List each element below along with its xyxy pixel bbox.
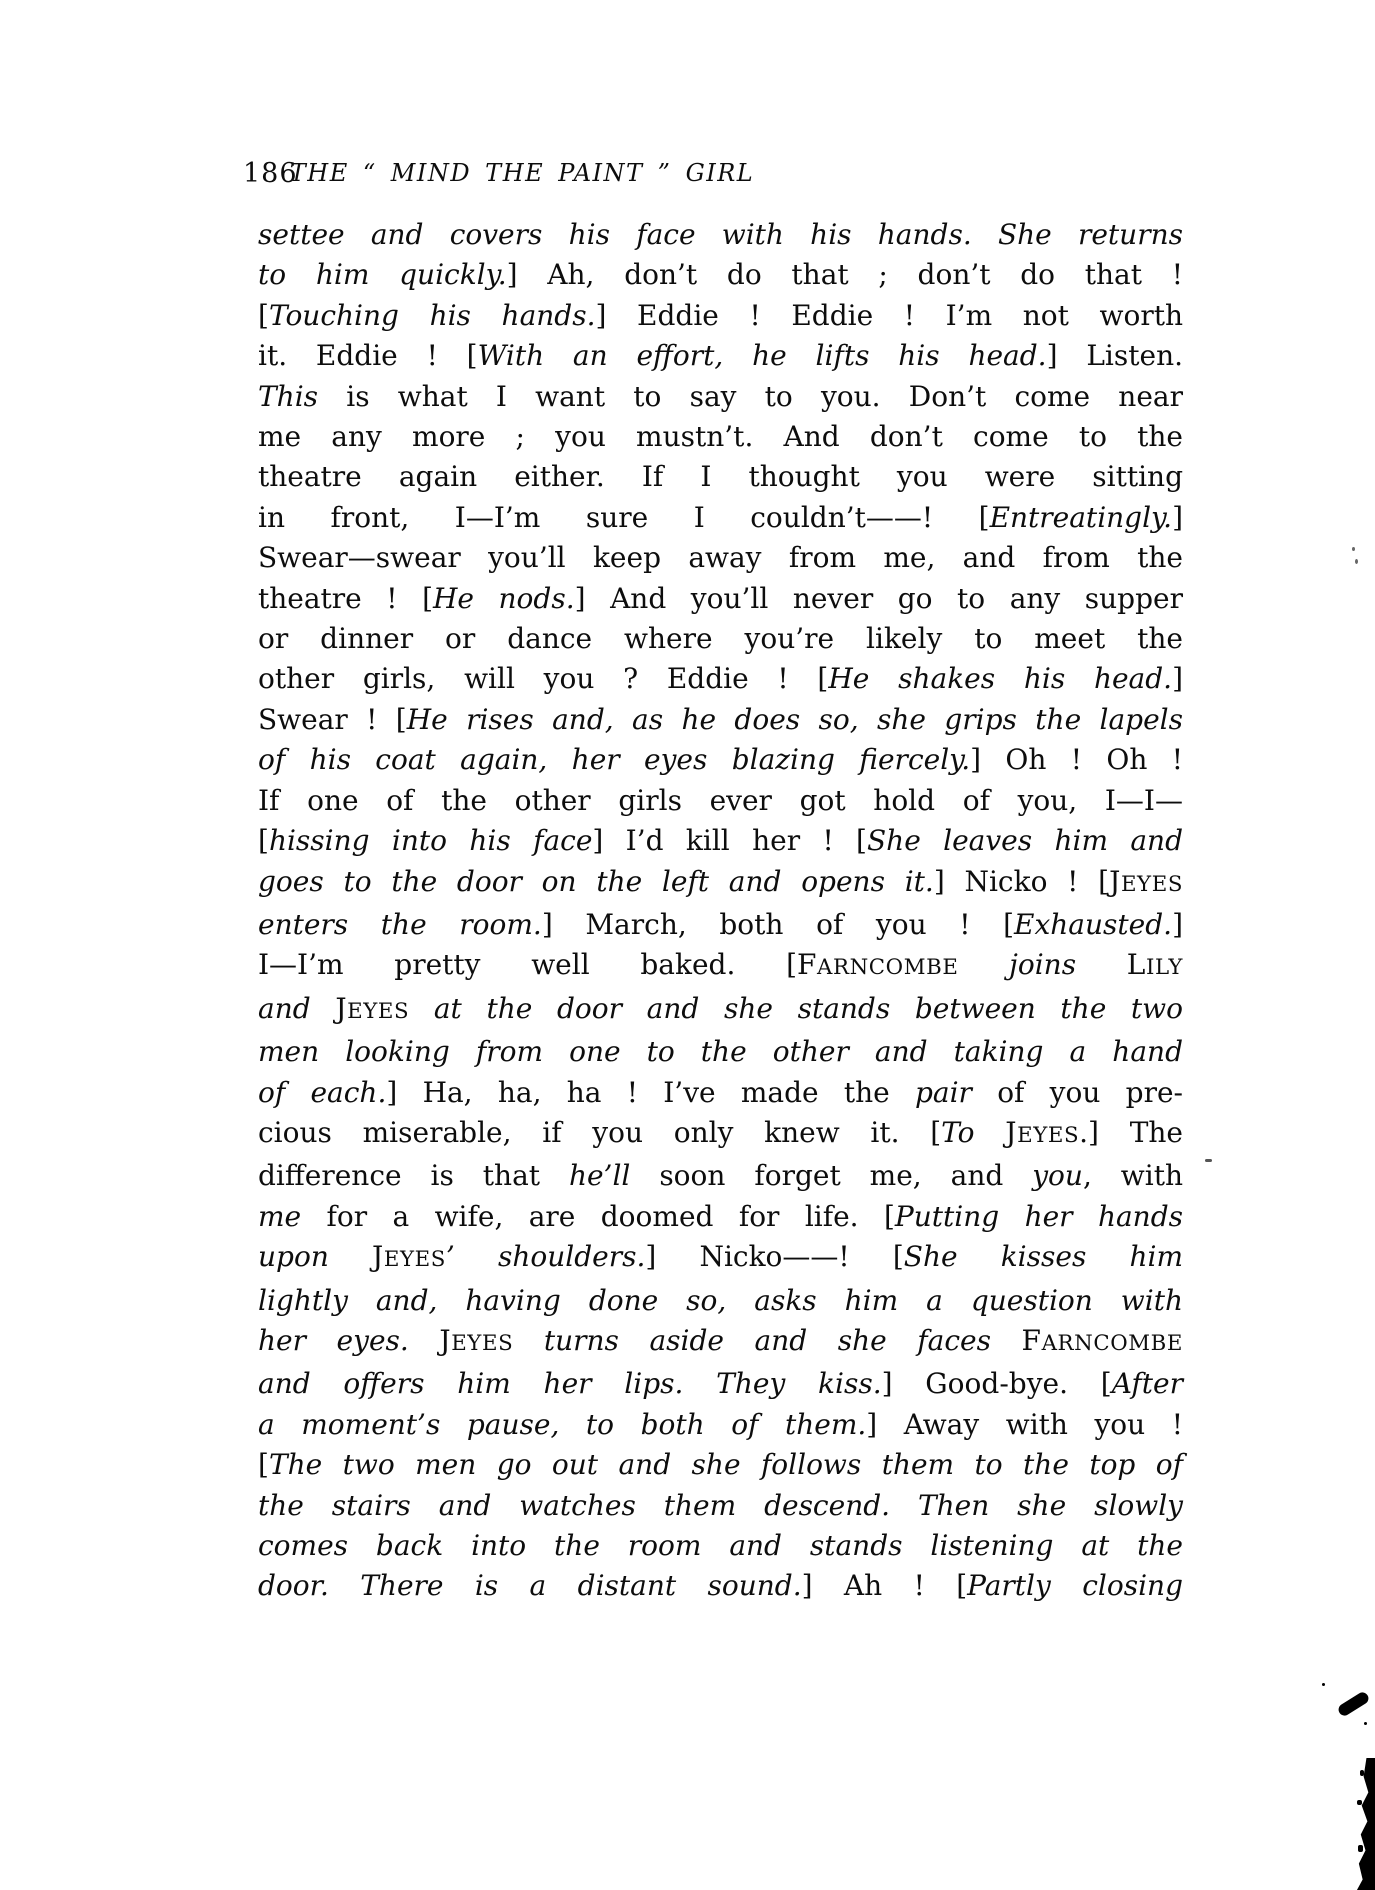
stage-direction-text: Putting her hands: [895, 1200, 1183, 1233]
text-line: upon JEYES’ shoulders.] Nicko——! [She ki…: [258, 1237, 1183, 1280]
dialogue-text: soon forget me, and: [630, 1159, 1032, 1192]
dialogue-text: cious miserable, if you only knew it. [: [258, 1116, 941, 1149]
stage-direction-text: the stairs and watches them descend. The…: [258, 1489, 1183, 1522]
ink-dot-artifact: [1364, 1722, 1367, 1725]
text-line: to him quickly.] Ah, don’t do that ; don…: [258, 255, 1183, 295]
stage-direction-text: men looking from one to the other and ta…: [258, 1035, 1183, 1068]
scan-edge-speck: [1358, 1845, 1363, 1852]
text-line: me for a wife, are doomed for life. [Put…: [258, 1197, 1183, 1237]
dialogue-text: ]: [1172, 908, 1183, 941]
dialogue-text: of you pre-: [972, 1076, 1183, 1109]
text-line: theatre ! [He nods.] And you’ll never go…: [258, 579, 1183, 619]
character-name-smallcaps: JEYES: [335, 992, 409, 1025]
book-page: 186 THE “ MIND THE PAINT ” GIRL settee a…: [0, 0, 1375, 1890]
dialogue-text: ] Nicko——! [: [645, 1240, 903, 1273]
page-header: 186 THE “ MIND THE PAINT ” GIRL: [0, 156, 1375, 200]
ink-dot-artifact: [1322, 1683, 1325, 1686]
stage-direction-text: me: [258, 1200, 301, 1233]
margin-speck-artifact: [1205, 1159, 1212, 1162]
text-line: difference is that he’ll soon forget me,…: [258, 1156, 1183, 1196]
character-name-smallcaps: LILY: [1127, 948, 1183, 981]
stage-direction-text: He shakes his head.: [828, 662, 1172, 695]
dialogue-text: ]: [1172, 662, 1183, 695]
text-line: men looking from one to the other and ta…: [258, 1032, 1183, 1072]
stage-direction-text: This: [258, 380, 318, 413]
character-name-smallcaps: FARNCOMBE: [797, 948, 958, 981]
dialogue-text: [: [258, 1448, 269, 1481]
stage-direction-text: She leaves him and: [867, 824, 1183, 857]
dialogue-text: theatre ! [: [258, 582, 433, 615]
text-line: [Touching his hands.] Eddie ! Eddie ! I’…: [258, 296, 1183, 336]
text-line: Swear—swear you’ll keep away from me, an…: [258, 538, 1183, 578]
dialogue-text: ] Listen.: [1047, 339, 1183, 372]
text-line: theatre again either. If I thought you w…: [258, 457, 1183, 497]
dialogue-text: ] Nicko ! [: [934, 865, 1109, 898]
text-line: and offers him her lips. They kiss.] Goo…: [258, 1364, 1183, 1404]
stage-direction-text: After: [1112, 1367, 1183, 1400]
dialogue-text: ] Ah, don’t do that ; don’t do that !: [507, 258, 1183, 291]
stage-direction-text: Exhausted.: [1014, 908, 1172, 941]
dialogue-text: ] I’d kill her ! [: [592, 824, 867, 857]
stage-direction-text: He rises and, as he does so, she grips t…: [407, 703, 1183, 736]
stage-direction-text: he’ll: [569, 1159, 630, 1192]
stage-direction-text: you: [1032, 1159, 1083, 1192]
margin-speck-artifact: [1352, 547, 1355, 551]
text-line: of each.] Ha, ha, ha ! I’ve made the pai…: [258, 1073, 1183, 1113]
stage-direction-text: pair: [915, 1076, 972, 1109]
dialogue-text: ] Eddie ! Eddie ! I’m not worth: [596, 299, 1184, 332]
stage-direction-text: comes back into the room and stands list…: [258, 1529, 1183, 1562]
scan-edge-artifact: [1356, 1758, 1375, 1890]
dialogue-text: , with: [1083, 1159, 1183, 1192]
dialogue-text: ] Away with you !: [866, 1408, 1183, 1441]
stage-direction-text: goes to the door on the left and opens i…: [258, 865, 934, 898]
dialogue-text: ] Good-bye. [: [882, 1367, 1112, 1400]
dialogue-text: other girls, will you ? Eddie ! [: [258, 662, 828, 695]
dialogue-text: difference is that: [258, 1159, 569, 1192]
dialogue-text: If one of the other girls ever got hold …: [258, 784, 1183, 817]
stage-direction-text: joins: [958, 948, 1126, 981]
text-line: of his coat again, her eyes blazing fier…: [258, 740, 1183, 780]
dialogue-text: Swear—swear you’ll keep away from me, an…: [258, 541, 1183, 574]
character-name-smallcaps: JEYES: [1109, 865, 1183, 898]
dialogue-text: ] March, both of you ! [: [542, 908, 1014, 941]
dialogue-text: [: [258, 824, 269, 857]
stage-direction-text: The two men go out and she follows them …: [269, 1448, 1183, 1481]
dialogue-text: ] Ha, ha, ha ! I’ve made the: [386, 1076, 915, 1109]
text-line: door. There is a distant sound.] Ah ! [P…: [258, 1566, 1183, 1606]
scan-edge-speck: [1360, 1770, 1364, 1776]
stage-direction-text: to him quickly.: [258, 258, 507, 291]
text-line: it. Eddie ! [With an effort, he lifts hi…: [258, 336, 1183, 376]
text-line: goes to the door on the left and opens i…: [258, 862, 1183, 905]
play-text-block: settee and covers his face with his hand…: [258, 215, 1183, 1607]
character-name-smallcaps: FARNCOMBE: [1022, 1324, 1183, 1357]
text-line: her eyes. JEYES turns aside and she face…: [258, 1321, 1183, 1364]
stage-direction-text: at the door and she stands between the t…: [409, 992, 1183, 1025]
text-line: or dinner or dance where you’re likely t…: [258, 619, 1183, 659]
dialogue-text: I—I’m pretty well baked. [: [258, 948, 797, 981]
stage-direction-text: Entreatingly.: [990, 501, 1173, 534]
stage-direction-text: upon: [258, 1240, 372, 1273]
stage-direction-text: She kisses him: [904, 1240, 1183, 1273]
text-line: and JEYES at the door and she stands bet…: [258, 989, 1183, 1032]
dialogue-text: or dinner or dance where you’re likely t…: [258, 622, 1183, 655]
text-line: [The two men go out and she follows them…: [258, 1445, 1183, 1485]
stage-direction-text: hissing into his face: [269, 824, 592, 857]
text-line: [hissing into his face] I’d kill her ! […: [258, 821, 1183, 861]
text-line: in front, I—I’m sure I couldn’t——! [Entr…: [258, 498, 1183, 538]
ink-blob-artifact: [1336, 1690, 1370, 1718]
text-line: other girls, will you ? Eddie ! [He shak…: [258, 659, 1183, 699]
stage-direction-text: and offers him her lips. They kiss.: [258, 1367, 882, 1400]
text-line: comes back into the room and stands list…: [258, 1526, 1183, 1566]
text-line: enters the room.] March, both of you ! […: [258, 905, 1183, 945]
stage-direction-text: Touching his hands.: [269, 299, 596, 332]
text-line: Swear ! [He rises and, as he does so, sh…: [258, 700, 1183, 740]
dialogue-text: ]: [1172, 501, 1183, 534]
character-name-smallcaps: JEYES: [1005, 1116, 1079, 1149]
stage-direction-text: ’ shoulders.: [446, 1240, 645, 1273]
dialogue-text: ] Ah ! [: [802, 1569, 968, 1602]
text-line: the stairs and watches them descend. The…: [258, 1486, 1183, 1526]
stage-direction-text: lightly and, having done so, asks him a …: [258, 1284, 1183, 1317]
dialogue-text: for a wife, are doomed for life. [: [301, 1200, 895, 1233]
dialogue-text: ] And you’ll never go to any supper: [575, 582, 1183, 615]
text-line: lightly and, having done so, asks him a …: [258, 1281, 1183, 1321]
dialogue-text: it. Eddie ! [: [258, 339, 478, 372]
dialogue-text: is what I want to say to you. Don’t come…: [318, 380, 1183, 413]
running-title: THE “ MIND THE PAINT ” GIRL: [290, 159, 754, 187]
stage-direction-text: turns aside and she faces: [513, 1324, 1021, 1357]
dialogue-text: me any more ; you mustn’t. And don’t com…: [258, 420, 1183, 453]
stage-direction-text: door. There is a distant sound.: [258, 1569, 802, 1602]
dialogue-text: in front, I—I’m sure I couldn’t——! [: [258, 501, 990, 534]
dialogue-text: ] Oh ! Oh !: [970, 743, 1183, 776]
stage-direction-text: her eyes.: [258, 1324, 439, 1357]
stage-direction-text: enters the room.: [258, 908, 542, 941]
stage-direction-text: of his coat again, her eyes blazing fier…: [258, 743, 970, 776]
text-line: I—I’m pretty well baked. [FARNCOMBE join…: [258, 945, 1183, 988]
stage-direction-text: and: [258, 992, 335, 1025]
scan-edge-speck: [1357, 1800, 1362, 1805]
character-name-smallcaps: JEYES: [439, 1324, 513, 1357]
text-line: This is what I want to say to you. Don’t…: [258, 377, 1183, 417]
stage-direction-text: With an effort, he lifts his head.: [478, 339, 1047, 372]
stage-direction-text: To: [941, 1116, 1005, 1149]
text-line: a moment’s pause, to both of them.] Away…: [258, 1405, 1183, 1445]
dialogue-text: .] The: [1079, 1116, 1183, 1149]
dialogue-text: Swear ! [: [258, 703, 407, 736]
text-line: cious miserable, if you only knew it. [T…: [258, 1113, 1183, 1156]
text-line: If one of the other girls ever got hold …: [258, 781, 1183, 821]
text-line: settee and covers his face with his hand…: [258, 215, 1183, 255]
dialogue-text: theatre again either. If I thought you w…: [258, 460, 1183, 493]
stage-direction-text: He nods.: [433, 582, 575, 615]
margin-speck-artifact: [1355, 559, 1358, 564]
text-line: me any more ; you mustn’t. And don’t com…: [258, 417, 1183, 457]
stage-direction-text: of each.: [258, 1076, 386, 1109]
stage-direction-text: settee and covers his face with his hand…: [258, 218, 1183, 251]
dialogue-text: [: [258, 299, 269, 332]
stage-direction-text: a moment’s pause, to both of them.: [258, 1408, 866, 1441]
character-name-smallcaps: JEYES: [372, 1240, 446, 1273]
stage-direction-text: Partly closing: [967, 1569, 1183, 1602]
